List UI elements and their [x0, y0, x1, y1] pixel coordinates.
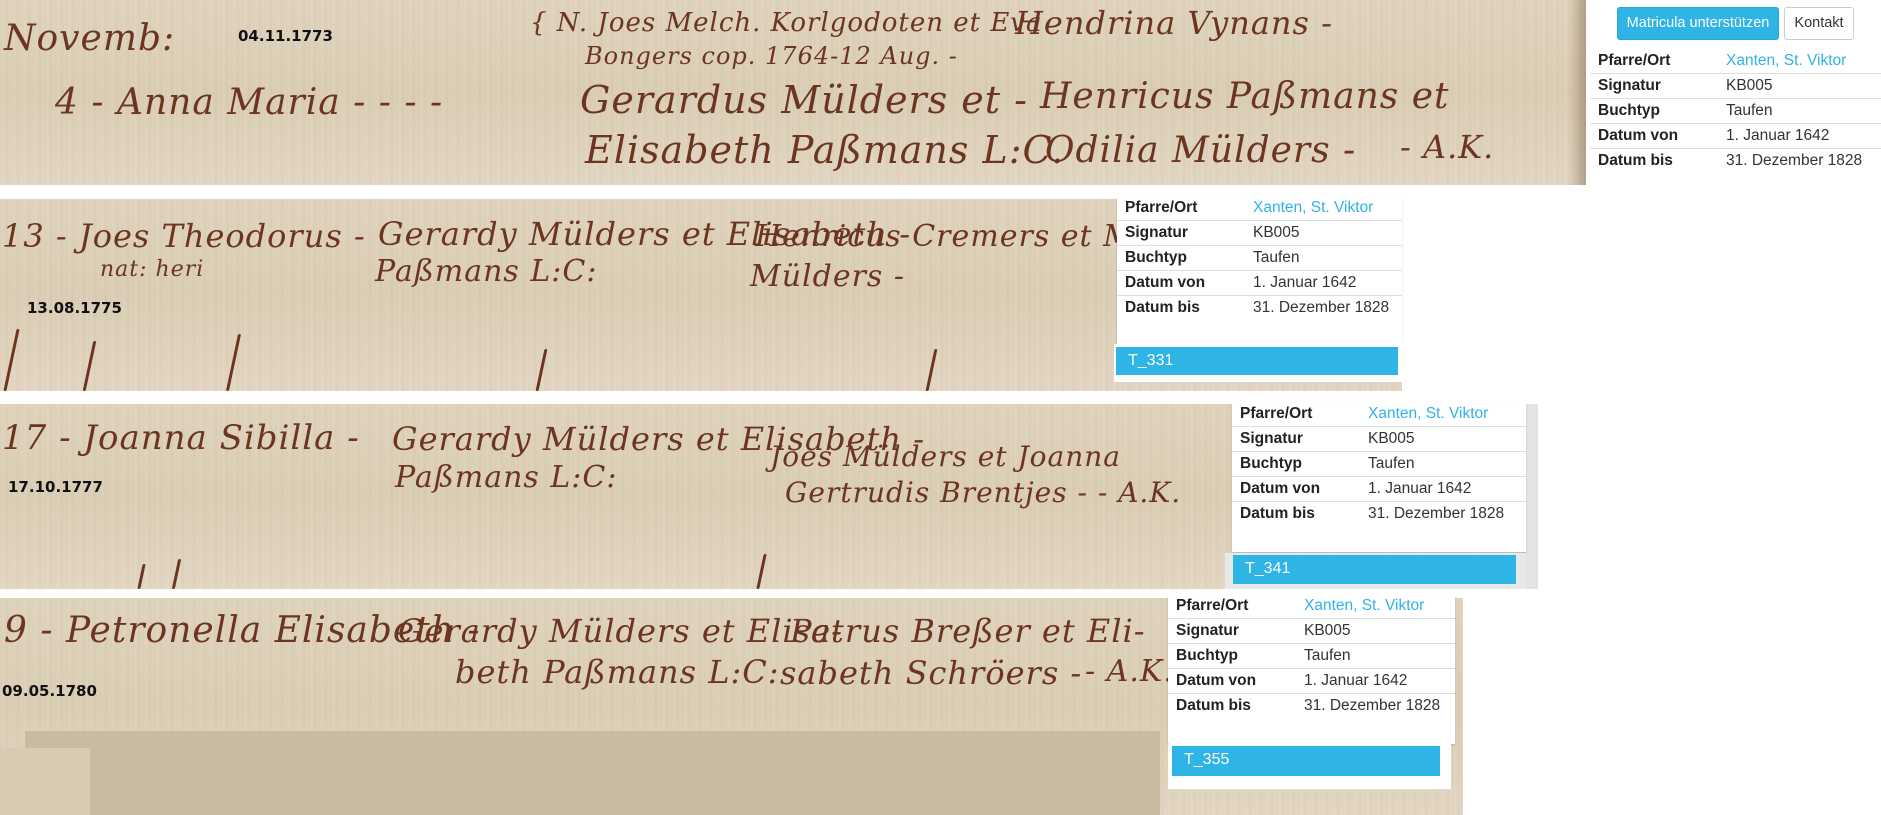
handwriting-line: - A.K. [1085, 654, 1174, 689]
book-info-panel: Pfarre/Ort Xanten, St. Viktor Signatur K… [1590, 49, 1881, 173]
parish-link[interactable]: Xanten, St. Viktor [1368, 405, 1488, 422]
handwriting-line: Mülders - [750, 259, 905, 294]
handwriting-line: Elisabeth Paßmans L:C. [585, 128, 1064, 172]
book-type-value: Taufen [1245, 246, 1402, 271]
book-type-value: Taufen [1718, 99, 1881, 124]
date-to-value: 31. Dezember 1828 [1360, 502, 1526, 527]
page-item-selected[interactable]: T_355 [1172, 746, 1440, 776]
handwriting-line: Odilia Mülders - [1045, 130, 1356, 171]
handwriting-line: Bongers cop. 1764-12 Aug. - [585, 42, 958, 70]
signature-value: KB005 [1296, 619, 1455, 644]
page-item-selected[interactable]: T_341 [1233, 555, 1516, 584]
handwriting-line: Novemb: [4, 18, 175, 59]
handwriting-line: Joes Mülders et Joanna [770, 440, 1121, 473]
date-from-value: 1. Januar 1642 [1245, 271, 1402, 296]
handwriting-line: Paßmans L:C: [395, 460, 617, 495]
handwriting-line: Gertrudis Brentjes - - A.K. [785, 476, 1181, 509]
book-info-table: Pfarre/Ort Xanten, St. Viktor Signatur K… [1168, 594, 1455, 718]
record-date-label: 13.08.1775 [27, 299, 122, 317]
book-info-table: Pfarre/Ort Xanten, St. Viktor Signatur K… [1590, 49, 1881, 173]
handwriting-line: - A.K. [1400, 128, 1494, 166]
label-date-from: Datum von [1168, 669, 1296, 694]
handwriting-line: Gerardus Mülders et - [580, 78, 1028, 122]
date-from-value: 1. Januar 1642 [1718, 124, 1881, 149]
record-image-1773[interactable]: Novemb: 04.11.1773 { N. Joes Melch. Korl… [0, 0, 1586, 185]
record-date-label: 09.05.1780 [2, 682, 97, 700]
label-date-to: Datum bis [1590, 149, 1718, 174]
signature-value: KB005 [1245, 221, 1402, 246]
handwriting-line: Hendrina Vynans - [1015, 4, 1333, 42]
book-info-table: Pfarre/Ort Xanten, St. Viktor Signatur K… [1117, 196, 1402, 320]
handwriting-line: { N. Joes Melch. Korlgodoten et Eva [530, 8, 1042, 38]
book-info-panel: Pfarre/Ort Xanten, St. Viktor Signatur K… [1168, 594, 1455, 744]
date-to-value: 31. Dezember 1828 [1718, 149, 1881, 174]
date-to-value: 31. Dezember 1828 [1296, 694, 1455, 719]
signature-value: KB005 [1360, 427, 1526, 452]
date-from-value: 1. Januar 1642 [1360, 477, 1526, 502]
label-book-type: Buchtyp [1232, 452, 1360, 477]
label-date-from: Datum von [1232, 477, 1360, 502]
handwriting-line: Paßmans L:C: [375, 254, 597, 289]
handwriting-line: 17 - Joanna Sibilla - [2, 418, 360, 458]
label-parish: Pfarre/Ort [1168, 594, 1296, 619]
date-to-value: 31. Dezember 1828 [1245, 296, 1402, 321]
label-date-to: Datum bis [1232, 502, 1360, 527]
scrollbar-track[interactable] [1526, 404, 1538, 589]
handwriting-line: sabeth Schröers - [780, 654, 1082, 692]
date-from-value: 1. Januar 1642 [1296, 669, 1455, 694]
label-signature: Signatur [1168, 619, 1296, 644]
book-type-value: Taufen [1360, 452, 1526, 477]
label-date-from: Datum von [1117, 271, 1245, 296]
label-date-from: Datum von [1590, 124, 1718, 149]
label-parish: Pfarre/Ort [1590, 49, 1718, 74]
book-info-panel: Pfarre/Ort Xanten, St. Viktor Signatur K… [1117, 196, 1402, 344]
label-book-type: Buchtyp [1117, 246, 1245, 271]
record-date-label: 17.10.1777 [8, 478, 103, 496]
label-signature: Signatur [1590, 74, 1718, 99]
handwriting-line: beth Paßmans L:C: [455, 653, 780, 691]
parish-link[interactable]: Xanten, St. Viktor [1304, 597, 1424, 614]
handwriting-line: Petrus Breßer et Eli- [790, 612, 1146, 650]
label-signature: Signatur [1117, 221, 1245, 246]
handwriting-line: 4 - Anna Maria - - - - [55, 82, 443, 123]
parish-link[interactable]: Xanten, St. Viktor [1253, 199, 1373, 216]
label-date-to: Datum bis [1168, 694, 1296, 719]
contact-button[interactable]: Kontakt [1784, 7, 1854, 40]
label-parish: Pfarre/Ort [1232, 402, 1360, 427]
book-info-table: Pfarre/Ort Xanten, St. Viktor Signatur K… [1232, 402, 1526, 526]
support-button[interactable]: Matricula unterstützen [1617, 7, 1779, 40]
handwriting-line: 13 - Joes Theodorus - [2, 217, 366, 255]
label-date-to: Datum bis [1117, 296, 1245, 321]
parish-link[interactable]: Xanten, St. Viktor [1726, 52, 1846, 69]
book-type-value: Taufen [1296, 644, 1455, 669]
handwriting-line: Henricus Paßmans et [1040, 76, 1449, 117]
label-book-type: Buchtyp [1590, 99, 1718, 124]
label-parish: Pfarre/Ort [1117, 196, 1245, 221]
record-date-label: 04.11.1773 [238, 27, 333, 45]
label-book-type: Buchtyp [1168, 644, 1296, 669]
book-info-panel: Pfarre/Ort Xanten, St. Viktor Signatur K… [1232, 402, 1526, 552]
signature-value: KB005 [1718, 74, 1881, 99]
handwriting-line: Gerardy Mülders et Elisa- [398, 612, 843, 650]
label-signature: Signatur [1232, 427, 1360, 452]
handwriting-line: nat: heri [100, 257, 204, 282]
page-item-selected[interactable]: T_331 [1116, 347, 1398, 375]
